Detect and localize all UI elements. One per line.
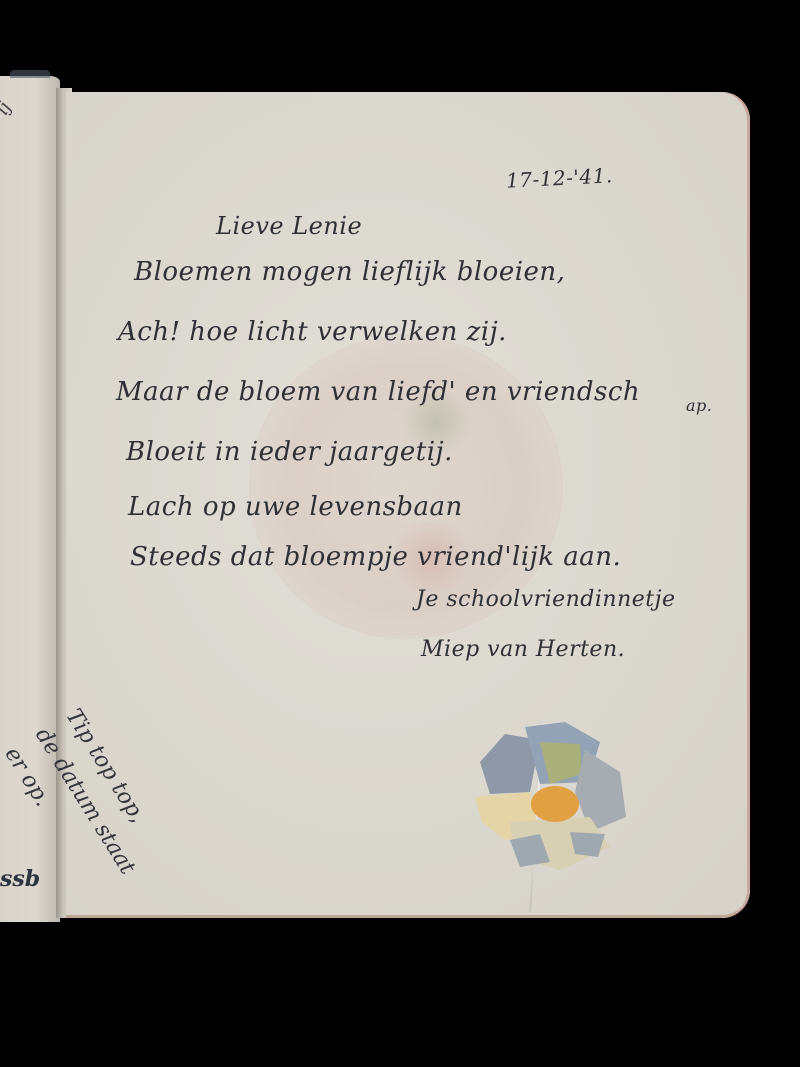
left-page-text-fragment-top: ij (0, 98, 16, 118)
poem-line: Ach! hoe licht verwelken zij. (118, 317, 507, 347)
poem-line: Bloeit in ieder jaargetij. (126, 437, 453, 467)
entry-date: 17-12-'41. (505, 163, 613, 193)
album-page: 17-12-'41. Lieve Lenie Bloemen mogen lie… (66, 92, 750, 918)
left-page-cover-edge (10, 70, 50, 78)
poem-line: Steeds dat bloempje vriend'lijk aan. (130, 542, 621, 572)
poem-line: Bloemen mogen lieflijk bloeien, (134, 257, 565, 287)
signature-line: Je schoolvriendinnetje (416, 587, 675, 612)
poem-line: Lach op uwe levensbaan (128, 492, 463, 522)
greeting: Lieve Lenie (216, 212, 362, 240)
signature-name: Miep van Herten. (421, 637, 625, 662)
poem-line: Maar de bloem van liefd' en vriendsch (116, 377, 640, 407)
pansy-flower-icon (470, 722, 630, 872)
poem-line-continuation: ap. (686, 396, 712, 415)
